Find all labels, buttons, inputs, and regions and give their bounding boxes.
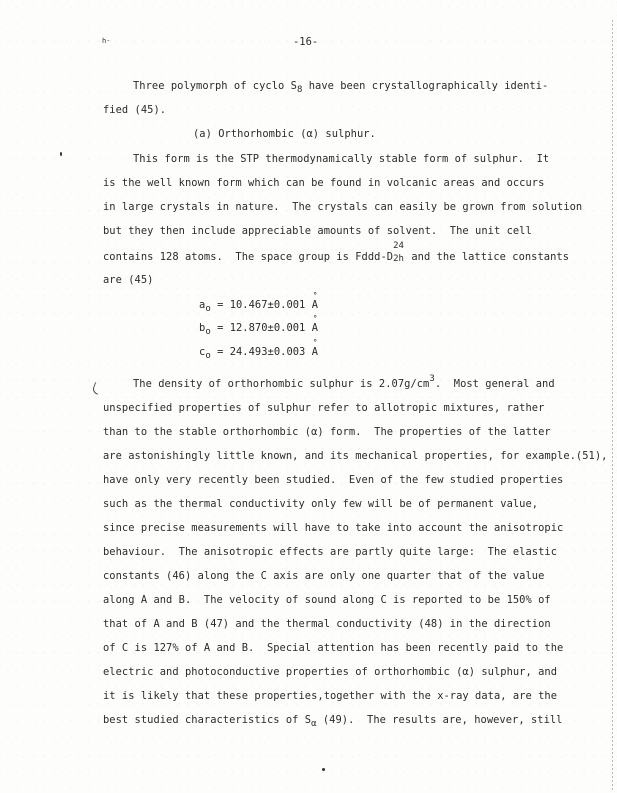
space-group-line: contains 128 atoms. The space group is F… — [103, 250, 569, 263]
last-line: best studied characteristics of Sα (49).… — [103, 714, 562, 726]
intro-line-1: Three polymorph of cyclo S8 have been cr… — [133, 80, 548, 92]
para1-line: is the well known form which can be foun… — [103, 177, 544, 189]
scan-dot — [322, 768, 325, 771]
para2-line: it is likely that these properties,toget… — [103, 690, 557, 702]
margin-annotation — [91, 382, 101, 395]
para2-line: than to the stable orthorhombic (α) form… — [103, 426, 551, 438]
page-number: -16- — [293, 36, 318, 48]
scan-mark — [60, 152, 62, 156]
para1-end: are (45) — [103, 274, 153, 286]
para2-line: such as the thermal conductivity only fe… — [103, 498, 538, 510]
para2-line: unspecified properties of sulphur refer … — [103, 402, 544, 414]
density-line: The density of orthorhombic sulphur is 2… — [133, 378, 555, 390]
para2-line: behaviour. The anisotropic effects are p… — [103, 546, 557, 558]
lattice-constant-c: co = 24.493±0.003 A — [199, 346, 318, 358]
document-page: h- -16- Three polymorph of cyclo S8 have… — [0, 0, 617, 793]
para2-line: since precise measurements will have to … — [103, 522, 563, 534]
lattice-constant-b: bo = 12.870±0.001 A — [199, 322, 318, 334]
para1-line: but they then include appreciable amount… — [103, 225, 532, 237]
para2-line: that of A and B (47) and the thermal con… — [103, 618, 551, 630]
para1-line: in large crystals in nature. The crystal… — [103, 201, 582, 213]
para1-line: This form is the STP thermodynamically s… — [133, 153, 549, 165]
para2-line: electric and photoconductive properties … — [103, 666, 557, 678]
para2-line: along A and B. The velocity of sound alo… — [103, 594, 551, 606]
para2-line: are astonishingly little known, and its … — [103, 450, 607, 462]
lattice-constant-a: ao = 10.467±0.001 A — [199, 299, 318, 311]
para2-line: of C is 127% of A and B. Special attenti… — [103, 642, 563, 654]
page-edge — [612, 20, 613, 790]
para2-line: constants (46) along the C axis are only… — [103, 570, 544, 582]
intro-line-2: fied (45). — [103, 104, 166, 116]
corner-mark: h- — [102, 37, 110, 45]
section-heading: (a) Orthorhombic (α) sulphur. — [193, 128, 376, 140]
para2-line: have only very recently been studied. Ev… — [103, 474, 563, 486]
